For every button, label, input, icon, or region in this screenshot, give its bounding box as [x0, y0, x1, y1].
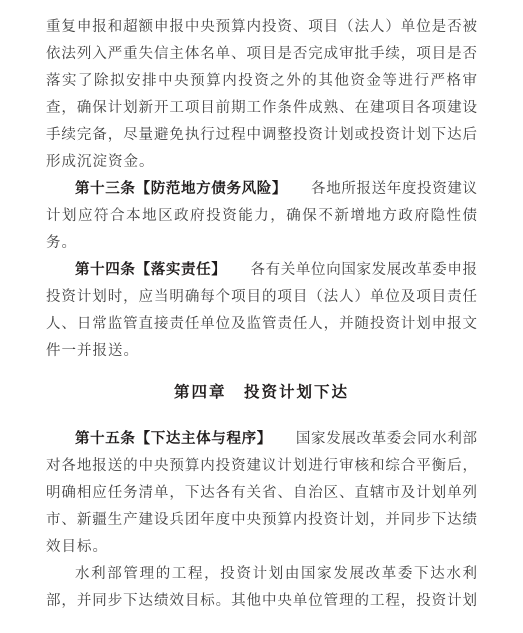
text-line: 件一并报送。: [46, 338, 477, 365]
text-line: 查，确保计划新开工项目前期工作条件成熟、在建项目各项建设: [46, 95, 477, 122]
text-line: 手续完备，尽量避免执行过程中调整投资计划或投资计划下达后: [46, 122, 477, 149]
article-13: 第十三条【防范地方债务风险】各地所报送年度投资建议 计划应符合本地区政府投资能力…: [46, 176, 477, 257]
paragraph-ministry-projects: 水利部管理的工程，投资计划由国家发展改革委下达水利 部，并同步下达绩效目标。其他…: [46, 561, 477, 615]
text-line: 水利部管理的工程，投资计划由国家发展改革委下达水利: [46, 561, 477, 588]
text-line: 落实了除拟安排中央预算内投资之外的其他资金等进行严格审: [46, 68, 477, 95]
document-page: 重复申报和超额申报中央预算内投资、项目（法人）单位是否被 依法列入严重失信主体名…: [0, 0, 523, 633]
text-line: 投资计划时，应当明确每个项目的项目（法人）单位及项目责任: [46, 284, 477, 311]
text-line: 形成沉淀资金。: [46, 149, 477, 176]
text-line: 人、日常监管直接责任单位及监管责任人，并随投资计划申报文: [46, 311, 477, 338]
text-line: 重复申报和超额申报中央预算内投资、项目（法人）单位是否被: [46, 14, 477, 41]
text-line: 部，并同步下达绩效目标。其他中央单位管理的工程，投资计划: [46, 588, 477, 615]
text-line: 市、新疆生产建设兵团年度中央预算内投资计划，并同步下达绩: [46, 507, 477, 534]
article-15: 第十五条【下达主体与程序】国家发展改革委会同水利部 对各地报送的中央预算内投资建…: [46, 426, 477, 561]
text-line: 第十五条【下达主体与程序】国家发展改革委会同水利部: [46, 426, 477, 453]
text-line: 务。: [46, 230, 477, 257]
chapter-heading: 第四章 投资计划下达: [46, 379, 477, 406]
article-14: 第十四条【落实责任】各有关单位向国家发展改革委申报 投资计划时，应当明确每个项目…: [46, 257, 477, 365]
text-line: 第十四条【落实责任】各有关单位向国家发展改革委申报: [46, 257, 477, 284]
text-line: 效目标。: [46, 534, 477, 561]
text-line: 计划应符合本地区政府投资能力，确保不新增地方政府隐性债: [46, 203, 477, 230]
text-line: 对各地报送的中央预算内投资建议计划进行审核和综合平衡后，: [46, 453, 477, 480]
text-run: 各有关单位向国家发展改革委申报: [250, 262, 477, 278]
article-14-heading: 第十四条【落实责任】: [75, 262, 226, 278]
text-line: 第十三条【防范地方债务风险】各地所报送年度投资建议: [46, 176, 477, 203]
text-line: 明确相应任务清单，下达各有关省、自治区、直辖市及计划单列: [46, 480, 477, 507]
text-run: 国家发展改革委会同水利部: [296, 431, 477, 447]
article-15-heading: 第十五条【下达主体与程序】: [75, 431, 272, 447]
paragraph-continuation: 重复申报和超额申报中央预算内投资、项目（法人）单位是否被 依法列入严重失信主体名…: [46, 14, 477, 176]
text-run: 各地所报送年度投资建议: [311, 181, 477, 197]
article-13-heading: 第十三条【防范地方债务风险】: [75, 181, 287, 197]
text-line: 依法列入严重失信主体名单、项目是否完成审批手续，项目是否: [46, 41, 477, 68]
